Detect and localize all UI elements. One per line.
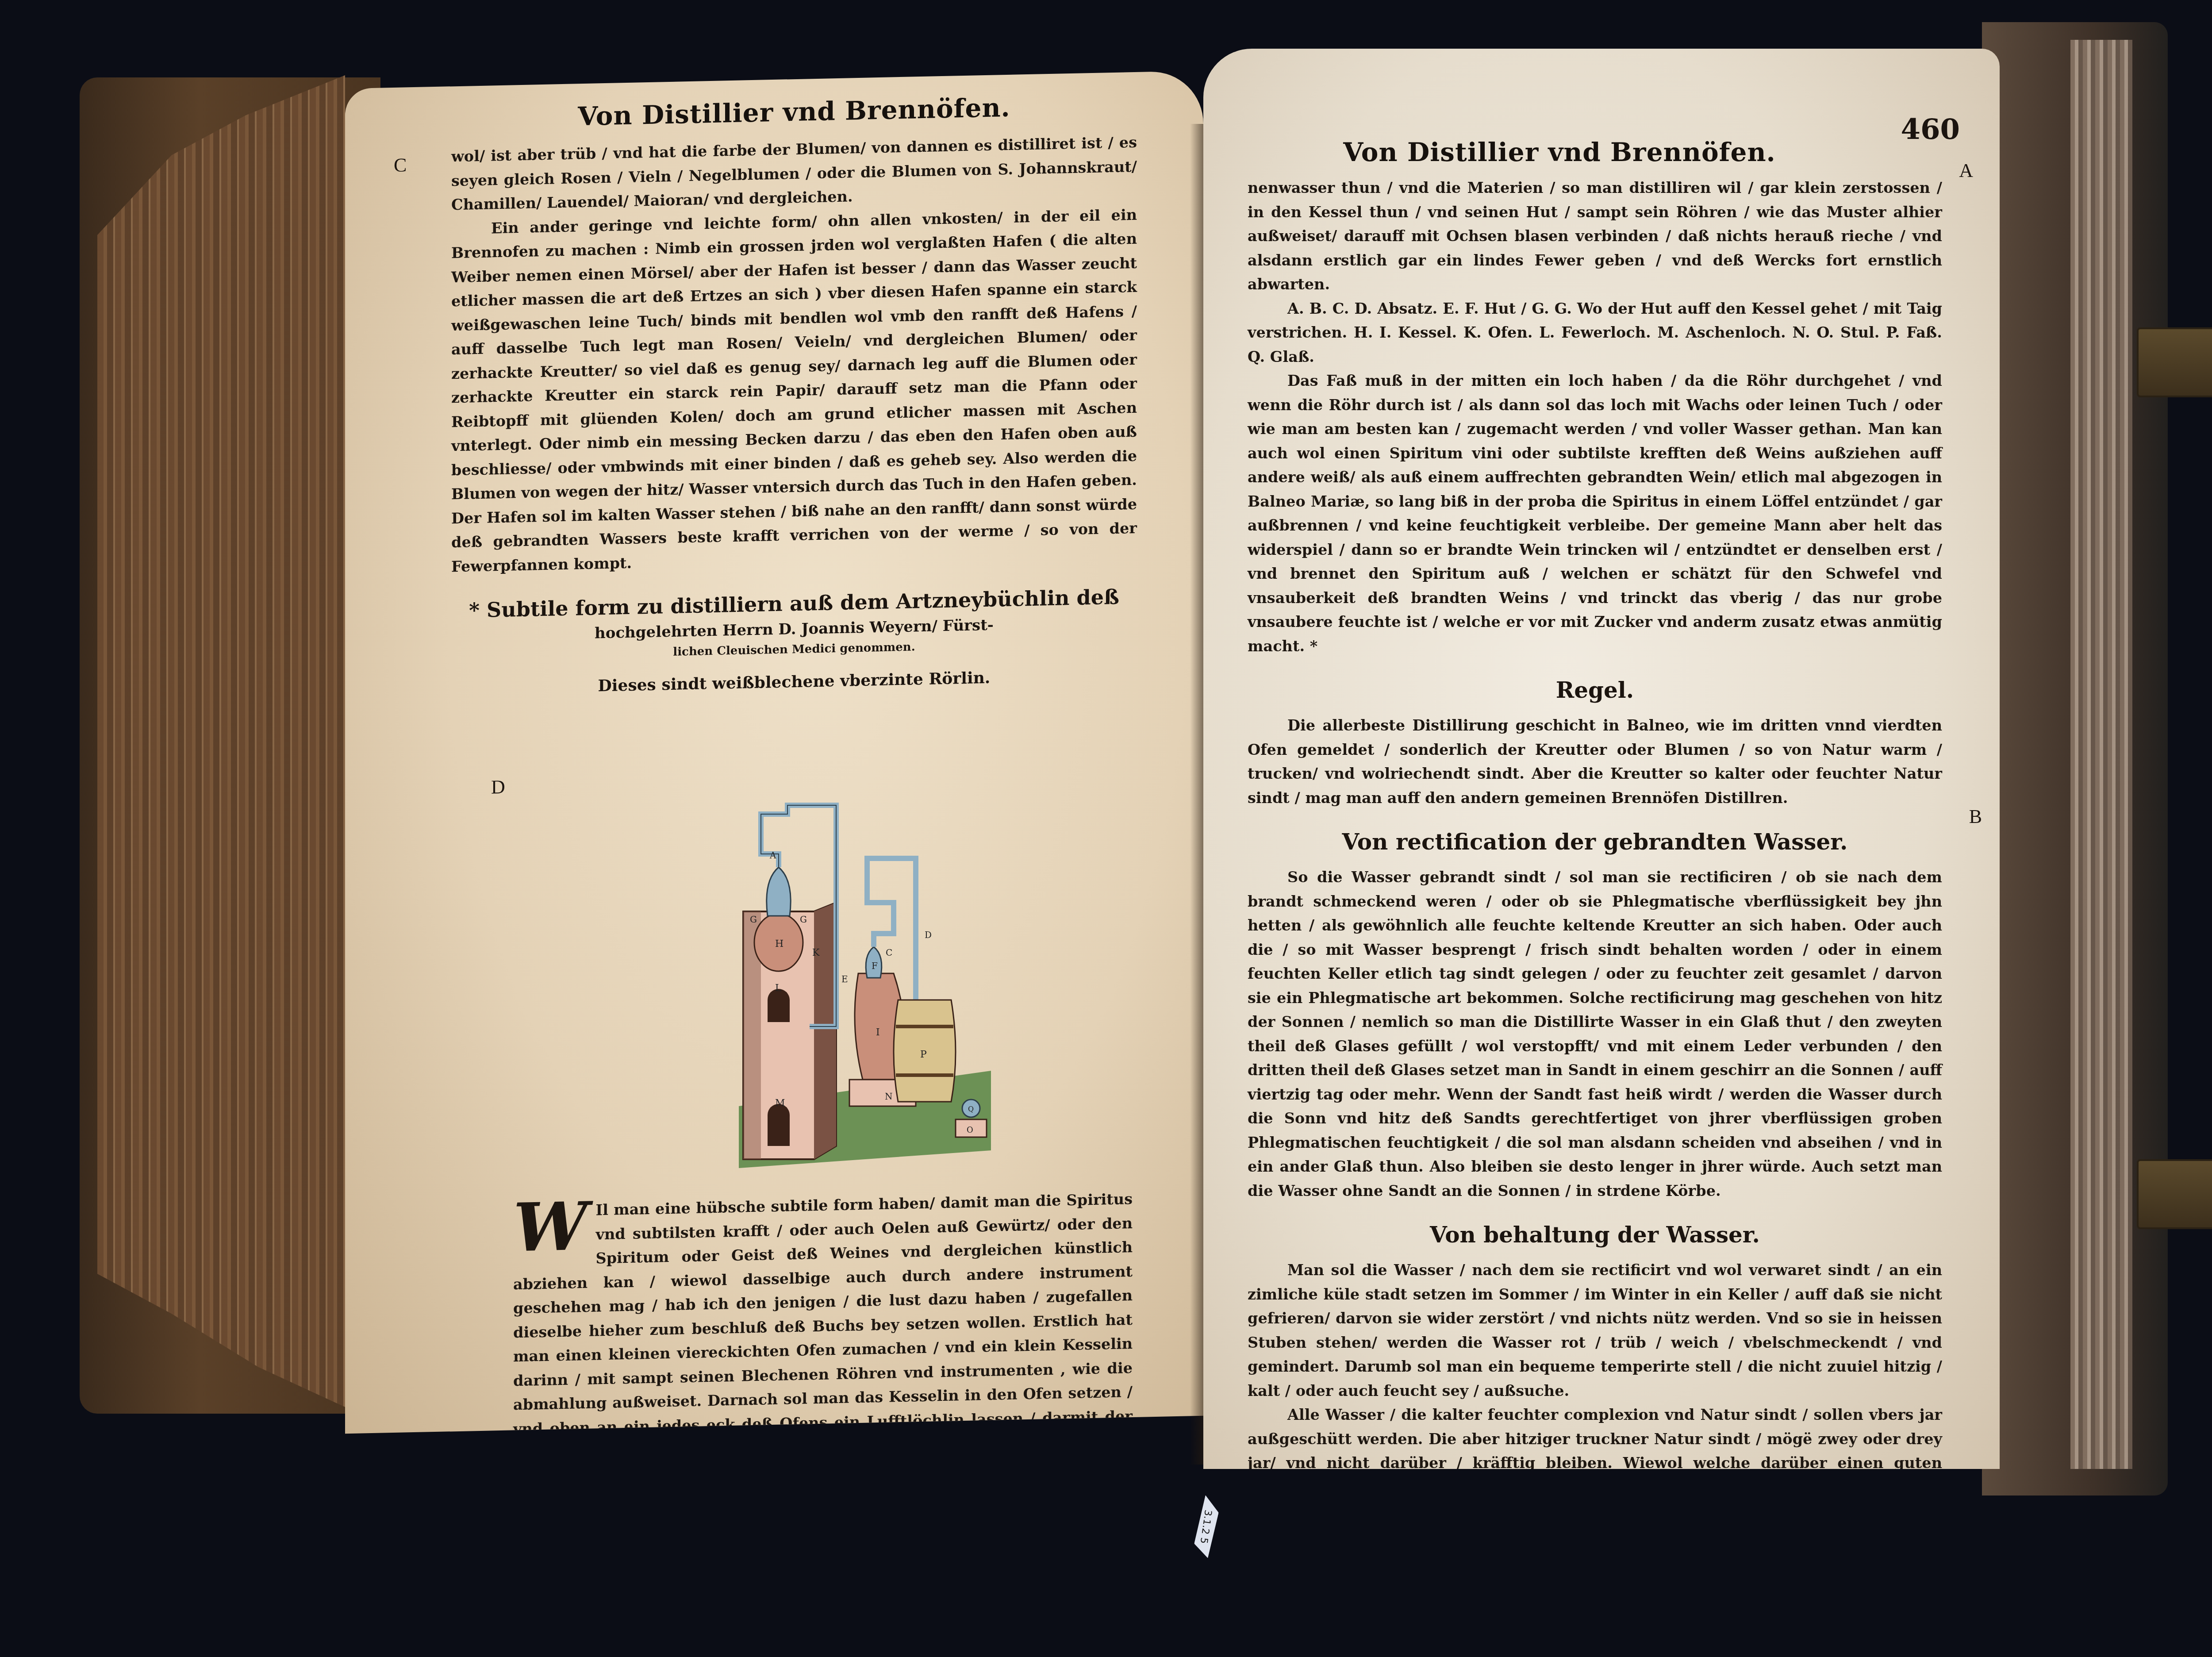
- svg-text:A: A: [769, 850, 776, 861]
- distillation-apparatus-illustration: H K L M G G A E I F N C D: [726, 770, 1124, 1168]
- brass-clasp-lower: [2137, 1159, 2212, 1229]
- page-block-edge-left: [97, 75, 345, 1407]
- page-block-edge-right: [2070, 40, 2132, 1469]
- svg-text:C: C: [886, 947, 892, 958]
- svg-text:F: F: [872, 961, 878, 971]
- margin-letter-a: A: [1959, 159, 1973, 182]
- figure-legend: A. B. C. D. Absatz. E. F. Hut / G. G. Wo…: [1248, 297, 1942, 369]
- section-body-rectification: So die Wasser gebrandt sindt / sol man s…: [1248, 865, 1942, 1203]
- svg-text:Q: Q: [968, 1105, 974, 1113]
- drop-cap: W: [513, 1202, 588, 1253]
- section-heading-rectification: Von rectification der gebrandten Wasser.: [1248, 829, 1942, 855]
- margin-letter-b: B: [1969, 805, 1982, 828]
- section-body-regel: Die allerbeste Distillirung geschicht in…: [1248, 714, 1942, 810]
- svg-text:N: N: [885, 1091, 893, 1102]
- svg-text:H: H: [775, 938, 783, 950]
- running-head-left: Von Distillier vnd Brennöfen.: [451, 90, 1137, 134]
- paragraph: Il man eine hübsche subtile form haben/ …: [513, 1190, 1133, 1434]
- right-page: 460 Von Distillier vnd Brennöfen. A nenw…: [1203, 49, 2000, 1469]
- distillation-woodcut-figure: H K L M G G A E I F N C D: [726, 770, 1124, 1168]
- svg-text:L: L: [775, 983, 782, 994]
- paragraph: Das Faß muß in der mitten ein loch haben…: [1248, 369, 1942, 658]
- svg-text:E: E: [841, 974, 848, 984]
- paragraph: Die allerbeste Distillirung geschicht in…: [1248, 714, 1942, 810]
- paragraph: nenwasser thun / vnd die Materien / so m…: [1248, 176, 1942, 297]
- running-head-right: Von Distillier vnd Brennöfen.: [1203, 137, 1942, 167]
- svg-text:M: M: [775, 1098, 785, 1109]
- svg-text:O: O: [967, 1126, 973, 1135]
- paragraph: Man sol die Wasser / nach dem sie rectif…: [1248, 1258, 1942, 1403]
- margin-letter-d: D: [491, 776, 505, 799]
- paragraph: So die Wasser gebrandt sindt / sol man s…: [1248, 865, 1942, 1203]
- svg-text:D: D: [925, 930, 932, 940]
- left-page: Von Distillier vnd Brennöfen. C wol/ ist…: [345, 71, 1203, 1434]
- svg-text:I: I: [876, 1027, 880, 1038]
- left-body-text: wol/ ist aber trüb / vnd hat die farbe d…: [451, 131, 1137, 579]
- paragraph: Ein ander geringe vnd leichte form/ ohn …: [451, 203, 1137, 579]
- section-heading-behaltung: Von behaltung der Wasser.: [1248, 1222, 1942, 1248]
- right-body-text: nenwasser thun / vnd die Materien / so m…: [1248, 176, 1942, 658]
- section-title-weyer: * Subtile form zu distilliern auß dem Ar…: [451, 582, 1137, 665]
- figure-caption: Dieses sindt weißblechene vberzinte Rörl…: [451, 665, 1137, 698]
- page-number: 460: [1901, 113, 1960, 146]
- section-body-behaltung: Man sol die Wasser / nach dem sie rectif…: [1248, 1258, 1942, 1469]
- svg-text:G: G: [800, 914, 807, 925]
- paragraph: wol/ ist aber trüb / vnd hat die farbe d…: [451, 131, 1137, 217]
- closing-paragraph: W Il man eine hübsche subtile form haben…: [513, 1187, 1133, 1434]
- svg-text:P: P: [920, 1049, 927, 1060]
- svg-text:G: G: [750, 914, 757, 925]
- paragraph: Alle Wasser / die kalter feuchter comple…: [1248, 1403, 1942, 1469]
- margin-letter-c: C: [394, 154, 407, 177]
- brass-clasp-upper: [2137, 327, 2212, 397]
- library-slip: 3.1.2 5: [1190, 1494, 1221, 1559]
- section-heading-regel: Regel.: [1248, 677, 1942, 703]
- svg-text:K: K: [812, 947, 820, 958]
- book-photograph: Von Distillier vnd Brennöfen. C wol/ ist…: [0, 0, 2212, 1657]
